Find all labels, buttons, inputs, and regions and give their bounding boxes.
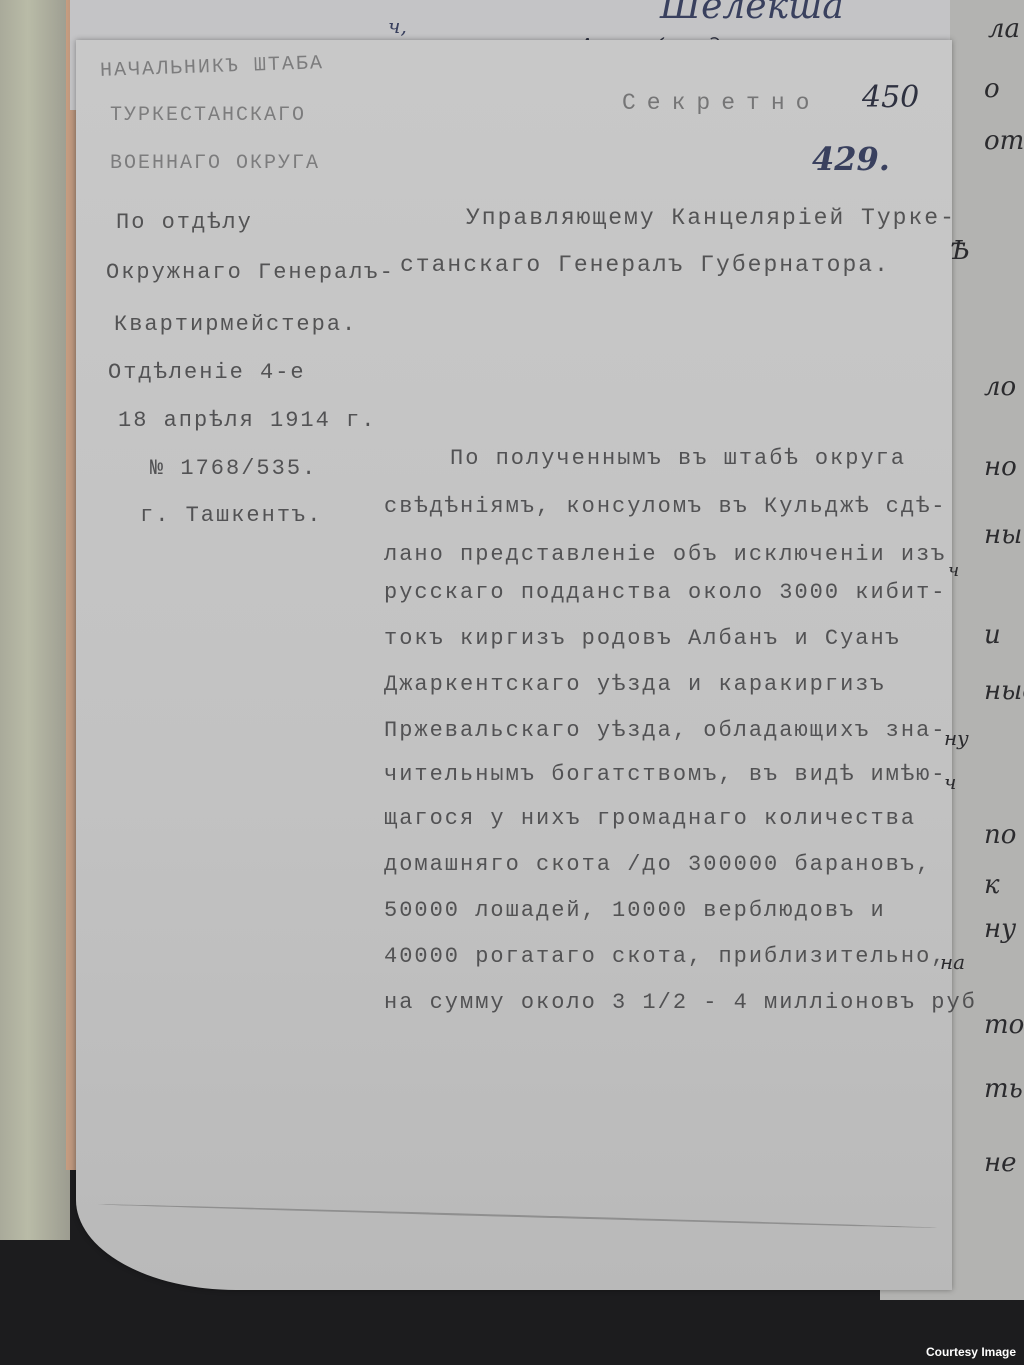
sender-line: Квартирмейстера. (114, 312, 357, 337)
body-line: свѣдѣніямъ, консуломъ въ Кульджѣ сдѣ- (384, 494, 946, 519)
margin-word: ла (988, 14, 1020, 44)
margin-word: по (984, 820, 1016, 850)
margin-word: ну (984, 914, 1016, 944)
margin-word: то (984, 1010, 1024, 1040)
margin-word: ные (984, 676, 1024, 706)
body-line: 50000 лошадей, 10000 верблюдовъ и (384, 898, 886, 923)
body-line: русскаго подданства около 3000 кибит- (384, 580, 946, 605)
image-credit: Courtesy Image (926, 1345, 1016, 1359)
top-handwriting-note: ч, (388, 14, 407, 38)
body-line: Джаркентскаго уѣзда и каракиргизъ (384, 672, 886, 697)
classification-mark: Секретно (622, 90, 820, 116)
body-line: Пржевальскаго уѣзда, обладающихъ зна- (384, 718, 946, 743)
sender-city: г. Ташкентъ. (140, 503, 322, 528)
margin-word: к (984, 870, 1000, 900)
margin-word: ло (984, 372, 1016, 402)
body-line: лано представленіе объ исключеніи изъ (384, 542, 946, 567)
handwritten-number-450: 450 (862, 80, 919, 115)
sender-date: 18 апрѣля 1914 г. (118, 408, 376, 433)
body-line: По полученнымъ въ штабѣ округа (450, 446, 906, 471)
body-line: на сумму около 3 1/2 - 4 милліоновъ руб (384, 990, 977, 1015)
sender-line: ВОЕННАГО ОКРУГА (110, 152, 320, 175)
margin-word: ну (944, 726, 969, 750)
margin-word: на (940, 950, 965, 974)
sender-line: Отдѣленіе 4-е (108, 360, 306, 385)
sender-reference-number: № 1768/535. (150, 456, 317, 481)
margin-word: но (984, 452, 1017, 482)
margin-word: ны (984, 520, 1022, 550)
body-line: домашняго скота /до 300000 барановъ, (384, 852, 931, 877)
body-line: токъ киргизъ родовъ Албанъ и Суанъ (384, 626, 901, 651)
margin-word: и (984, 620, 1001, 650)
margin-word: ть (984, 1074, 1023, 1104)
sender-line: Окружнаго Генералъ- (106, 260, 395, 285)
body-line: 40000 рогатаго скота, приблизительно, (384, 944, 946, 969)
body-line: чительнымъ богатствомъ, въ видѣ имѣю- (384, 762, 946, 787)
sender-line: ТУРКЕСТАНСКАГО (110, 104, 306, 127)
sender-line: По отдѣлу (116, 210, 253, 235)
margin-word: от (984, 126, 1024, 156)
handwritten-number-429: 429. (812, 140, 890, 178)
margin-word: о (984, 74, 1000, 104)
margin-word: не (984, 1148, 1017, 1178)
binder-edge (0, 0, 70, 1240)
margin-word: ч (948, 560, 959, 581)
margin-word: ч (944, 770, 956, 794)
top-handwriting-1: Шелекша (660, 0, 844, 27)
addressee-line: станскаго Генералъ Губернатора. (400, 252, 890, 278)
addressee-line: Управляющему Канцеляріей Турке- (466, 205, 956, 231)
body-line: щагося у нихъ громаднаго количества (384, 806, 916, 831)
margin-word: Ѣ (950, 236, 970, 266)
